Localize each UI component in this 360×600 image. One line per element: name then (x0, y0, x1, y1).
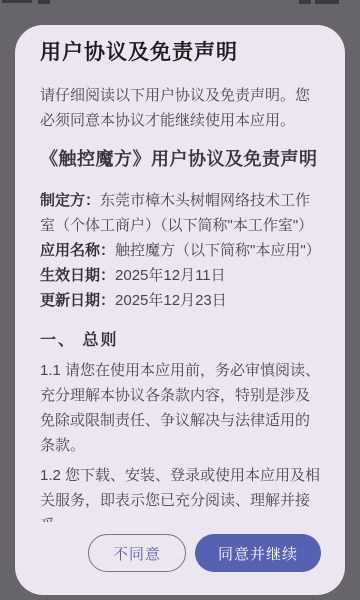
meta-label: 应用名称： (40, 242, 115, 259)
agreement-meta: 制定方：东莞市樟木头树帽网络技术工作室（个体工商户）（以下简称"本工作室"） 应… (40, 188, 321, 313)
status-wifi-icon (299, 0, 311, 4)
status-bar (0, 0, 360, 7)
section-heading-general: 一、 总则 (40, 328, 321, 353)
agreement-dialog: 用户协议及免责声明 请仔细阅读以下用户协议及免责声明。您必须同意本协议才能继续使… (15, 25, 345, 595)
meta-value: 2025年12月23日 (115, 292, 227, 309)
status-notification-icon (38, 0, 50, 4)
meta-row-updated-date: 更新日期：2025年12月23日 (40, 288, 321, 313)
agreement-scroll-area[interactable]: 请仔细阅读以下用户协议及免责声明。您必须同意本协议才能继续使用本应用。 《触控魔… (40, 83, 321, 522)
dialog-title: 用户协议及免责声明 (40, 39, 321, 67)
agreement-intro: 请仔细阅读以下用户协议及免责声明。您必须同意本协议才能继续使用本应用。 (40, 83, 321, 133)
disagree-button[interactable]: 不同意 (88, 534, 186, 572)
status-clock-icon (2, 0, 32, 3)
clause-1-2: 1.2 您下载、安装、登录或使用本应用及相关服务，即表示您已充分阅读、理解并接受 (40, 463, 321, 522)
meta-value: 触控魔方（以下简称"本应用"） (115, 242, 321, 259)
meta-label: 制定方： (40, 192, 100, 209)
meta-value: 2025年12月11日 (115, 267, 226, 284)
agree-continue-button[interactable]: 同意并继续 (195, 534, 321, 572)
meta-row-app-name: 应用名称：触控魔方（以下简称"本应用"） (40, 238, 321, 263)
agreement-heading: 《触控魔方》用户协议及免责声明 (40, 144, 321, 175)
meta-row-effective-date: 生效日期：2025年12月11日 (40, 263, 321, 288)
meta-label: 更新日期： (40, 292, 115, 309)
meta-label: 生效日期： (40, 267, 115, 284)
meta-row-maker: 制定方：东莞市樟木头树帽网络技术工作室（个体工商户）（以下简称"本工作室"） (40, 188, 321, 238)
dialog-button-row: 不同意 同意并继续 (40, 522, 321, 575)
clause-1-1: 1.1 请您在使用本应用前，务必审慎阅读、充分理解本协议各条款内容，特别是涉及免… (40, 358, 321, 458)
status-battery-icon (315, 0, 339, 4)
